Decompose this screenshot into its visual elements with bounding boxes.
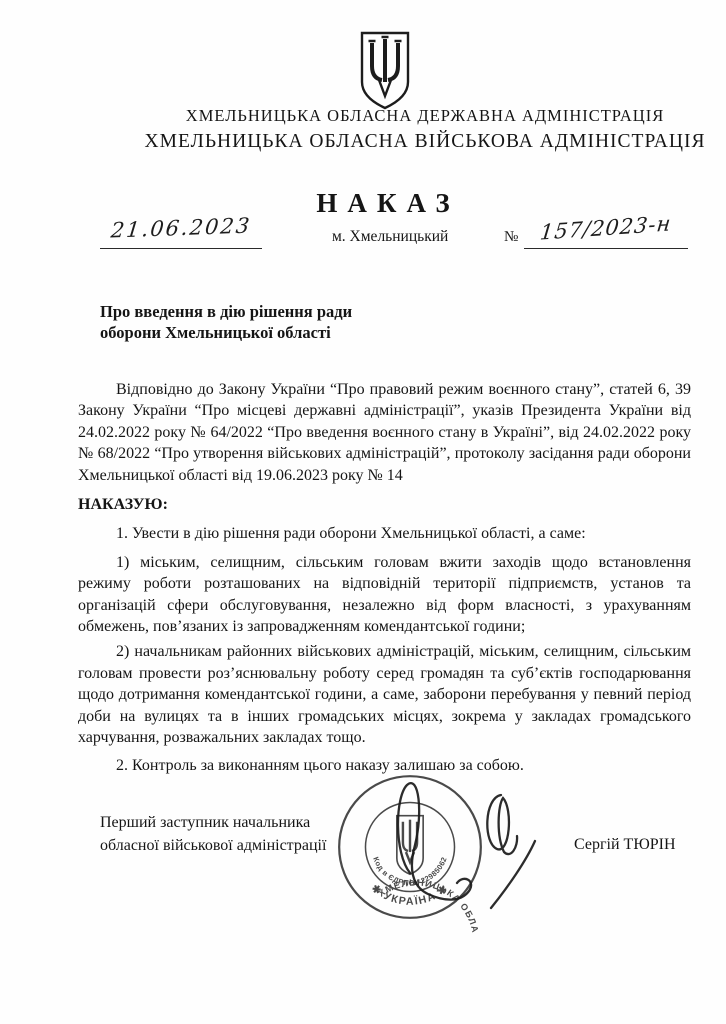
subject-line-1: Про введення в дію рішення ради: [100, 301, 352, 322]
org-name-military-administration: ХМЕЛЬНИЦЬКА ОБЛАСНА ВІЙСЬКОВА АДМІНІСТРА…: [95, 131, 726, 153]
signer-position-line-1: Перший заступник начальника: [100, 812, 326, 835]
handwritten-number: 157/2023-н: [539, 211, 673, 244]
signer-position: Перший заступник начальника обласної вій…: [100, 812, 326, 857]
preamble-paragraph: Відповідно до Закону України “Про правов…: [78, 379, 691, 486]
order-subject: Про введення в дію рішення ради оборони …: [100, 301, 352, 343]
order-number-field: 157/2023-н: [524, 210, 688, 249]
order-body: Відповідно до Закону України “Про правов…: [78, 379, 691, 776]
decree-word: НАКАЗУЮ:: [78, 494, 691, 515]
handwritten-signature: [380, 755, 580, 950]
order-item: 1) міським, селищним, сільським головам …: [78, 552, 691, 638]
order-item: 2) начальникам районних військових адмін…: [78, 641, 691, 748]
order-item: 1. Увести в дію рішення ради оборони Хме…: [78, 523, 691, 544]
order-date-field: 21.06.2023: [100, 216, 262, 249]
scanned-order-document: ХМЕЛЬНИЦЬКА ОБЛАСНА ДЕРЖАВНА АДМІНІСТРАЦ…: [0, 0, 726, 1024]
org-name-state-administration: ХМЕЛЬНИЦЬКА ОБЛАСНА ДЕРЖАВНА АДМІНІСТРАЦ…: [110, 106, 726, 126]
signer-name: Сергій ТЮРІН: [574, 836, 676, 854]
trident-emblem-icon: [356, 30, 414, 110]
signer-position-line-2: обласної військової адміністрації: [100, 835, 326, 858]
order-number-label: №: [504, 229, 518, 246]
handwritten-date: 21.06.2023: [110, 214, 253, 243]
order-place: м. Хмельницький: [332, 228, 448, 246]
subject-line-2: оборони Хмельницької області: [100, 322, 352, 343]
